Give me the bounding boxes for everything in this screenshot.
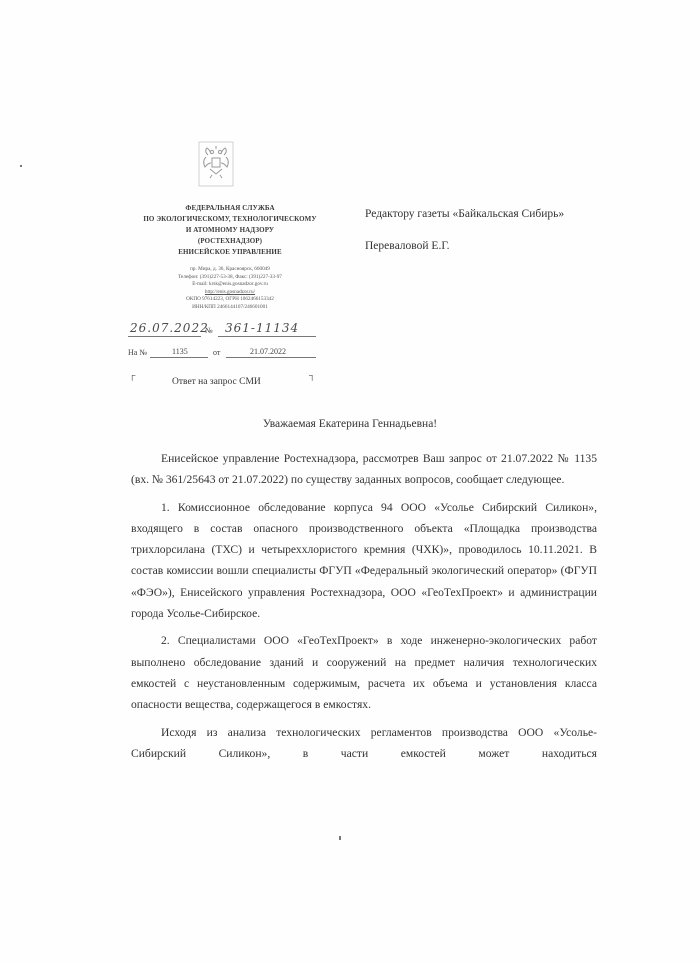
address-line: пр. Мира, д. 36, Красноярск, 660049 <box>120 266 340 274</box>
letter-page: ФЕДЕРАЛЬНАЯ СЛУЖБА ПО ЭКОЛОГИЧЕСКОМУ, ТЕ… <box>0 0 700 963</box>
addressee-position: Редактору газеты «Байкальская Сибирь» <box>365 198 564 230</box>
inn-kpp-line: ИНН/КПП 2466144107/246601001 <box>120 304 340 312</box>
paragraph-analysis: Исходя из анализа технологических реглам… <box>131 722 597 765</box>
paragraph-intro: Енисейское управление Ростехнадзора, рас… <box>131 448 597 491</box>
outgoing-number-label: № <box>205 326 213 335</box>
org-line: (РОСТЕХНАДЗОР) <box>120 236 340 247</box>
outgoing-number-underline <box>218 336 316 337</box>
reference-number: 1135 <box>172 347 188 356</box>
email-line: E-mail: krsk@enis.gosnadzor.gov.ru <box>120 281 340 289</box>
paragraph-item-1: 1. Комиссионное обследование корпуса 94 … <box>131 497 597 625</box>
website-link[interactable]: http://enis.gosnadzor.ru/ <box>120 289 340 297</box>
outgoing-date: 26.07.2022 <box>130 321 209 335</box>
org-line: ПО ЭКОЛОГИЧЕСКОМУ, ТЕХНОЛОГИЧЕСКОМУ <box>120 214 340 225</box>
reference-date: 21.07.2022 <box>250 347 286 356</box>
reference-date-label: от <box>213 348 220 357</box>
okpo-ogrn-line: ОКПО 97614223, ОГРН 1062466153342 <box>120 296 340 304</box>
outgoing-date-underline <box>128 336 201 337</box>
organization-name: ФЕДЕРАЛЬНАЯ СЛУЖБА ПО ЭКОЛОГИЧЕСКОМУ, ТЕ… <box>120 203 340 258</box>
org-line: ЕНИСЕЙСКОЕ УПРАВЛЕНИЕ <box>120 247 340 258</box>
addressee-name: Перевaловой Е.Г. <box>365 230 564 262</box>
org-line: ФЕДЕРАЛЬНАЯ СЛУЖБА <box>120 203 340 214</box>
phone-fax-line: Телефон: (391)227-53-38, Факс: (391)227-… <box>120 274 340 282</box>
subject-corner-left: ┌ <box>129 370 135 380</box>
letter-subject: Ответ на запрос СМИ <box>172 377 261 387</box>
organization-address: пр. Мира, д. 36, Красноярск, 660049 Теле… <box>120 266 340 312</box>
scan-speck <box>20 165 22 167</box>
reference-label: На № <box>128 348 147 357</box>
addressee: Редактору газеты «Байкальская Сибирь» Пе… <box>365 198 564 262</box>
paragraph-item-2: 2. Специалистами ООО «ГеоТехПроект» в хо… <box>131 630 597 715</box>
outgoing-number: 361-11134 <box>225 321 299 335</box>
reference-date-underline <box>226 357 316 358</box>
subject-corner-right: ┐ <box>309 370 315 380</box>
letter-body: Енисейское управление Ростехнадзора, рас… <box>131 448 597 764</box>
org-line: И АТОМНОМУ НАДЗОРУ <box>120 225 340 236</box>
scan-speck <box>339 836 341 840</box>
reference-number-underline <box>150 357 208 358</box>
salutation: Уважаемая Екатерина Геннадьевна! <box>0 418 700 430</box>
russian-coat-of-arms-icon <box>198 141 234 189</box>
